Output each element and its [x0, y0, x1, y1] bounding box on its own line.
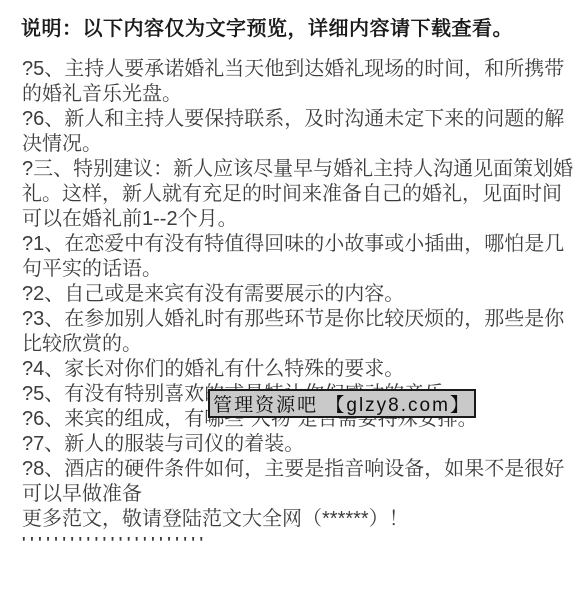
text-line: 句平实的话语。	[22, 257, 578, 282]
text-line: ?3、在参加别人婚礼时有那些环节是你比较厌烦的，那些是你	[22, 307, 578, 332]
text-line: ?4、家长对你们的婚礼有什么特殊的要求。	[22, 357, 578, 382]
text-line: ?1、在恋爱中有没有特值得回味的小故事或小插曲，哪怕是几	[22, 232, 578, 257]
text-line: 决情况。	[22, 132, 578, 157]
text-line: ?5、主持人要承诺婚礼当天他到达婚礼现场的时间，和所携带	[22, 57, 578, 82]
ellipsis-row: '''''''''''''''''''''''	[22, 532, 578, 557]
text-line: 可以早做准备	[22, 482, 578, 507]
preview-page: 说明：以下内容仅为文字预览，详细内容请下载查看。 ?5、主持人要承诺婚礼当天他到…	[0, 0, 578, 600]
text-line: 更多范文，敬请登陆范文大全网（******）！	[22, 507, 578, 532]
text-line: 可以在婚礼前1--2个月。	[22, 207, 578, 232]
text-line: 的婚礼音乐光盘。	[22, 82, 578, 107]
text-line: ?2、自己或是来宾有没有需要展示的内容。	[22, 282, 578, 307]
text-line: 比较欣赏的。	[22, 332, 578, 357]
watermark-text: 管理资源吧 【glzy8.com】	[213, 390, 471, 417]
preview-text-block: ?5、主持人要承诺婚礼当天他到达婚礼现场的时间，和所携带 的婚礼音乐光盘。 ?6…	[22, 57, 578, 557]
text-line: ?三、特别建议：新人应该尽量早与婚礼主持人沟通见面策划婚	[22, 157, 578, 182]
text-line: 礼。这样，新人就有充足的时间来准备自己的婚礼，见面时间	[22, 182, 578, 207]
watermark-box: 管理资源吧 【glzy8.com】	[208, 389, 476, 418]
text-line: ?8、酒店的硬件条件如何，主要是指音响设备，如果不是很好	[22, 457, 578, 482]
text-line: ?6、新人和主持人要保持联系，及时沟通未定下来的问题的解	[22, 107, 578, 132]
preview-notice: 说明：以下内容仅为文字预览，详细内容请下载查看。	[21, 12, 513, 41]
text-line: ?7、新人的服装与司仪的着装。	[22, 432, 578, 457]
